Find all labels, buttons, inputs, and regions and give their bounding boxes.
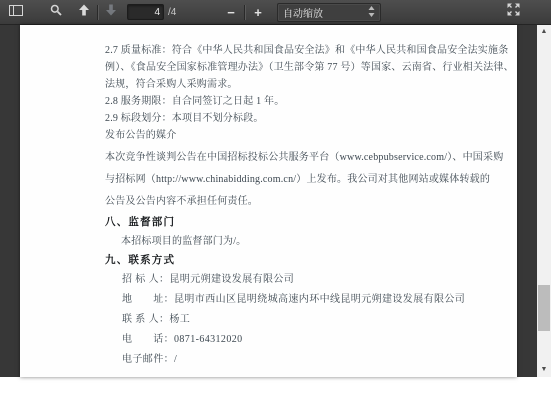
document-line: 2.9 标段划分：本项目不划分标段。 (105, 110, 503, 127)
next-page-icon (105, 3, 117, 21)
pdf-viewer: /4 − + 自动缩放 (0, 0, 551, 377)
pdf-viewer-screenshot: /4 − + 自动缩放 (0, 0, 554, 403)
sidebar-toggle-icon (9, 3, 23, 21)
document-line: 2.7 质量标准：符合《中华人民共和国食品安全法》和《中华人民共和国食品安全法实… (105, 42, 503, 59)
presentation-mode-icon (507, 3, 520, 21)
search-icon (50, 3, 62, 21)
page-count-label: /4 (168, 7, 176, 18)
next-page-button[interactable] (100, 2, 122, 22)
toolbar-separator (97, 5, 98, 20)
toolbar-separator (244, 5, 245, 20)
pdf-page: 2.7 质量标准：符合《中华人民共和国食品安全法》和《中华人民共和国食品安全法实… (20, 25, 517, 377)
document-line: 招 标 人：昆明元朔建设发展有限公司 (105, 270, 503, 290)
document-line: 九、联系方式 (105, 251, 503, 270)
document-line: 2.8 服务期限：自合同签订之日起 1 年。 (105, 93, 503, 110)
document-line: 法规，符合采购人采购需求。 (105, 76, 503, 93)
document-line: 地 址：昆明市西山区昆明绕城高速内环中线昆明元朔建设发展有限公司 (105, 290, 503, 310)
zoom-scale-value: 自动缩放 (283, 5, 323, 20)
search-button[interactable] (45, 2, 67, 22)
select-spinner-icon (368, 4, 375, 22)
document-line: 例）、《食品安全国家标准管理办法》（卫生部令第 77 号）等国家、云南省、行业相… (105, 59, 503, 76)
scrollbar-thumb[interactable] (538, 285, 550, 331)
scroll-up-arrow[interactable]: ▲ (537, 26, 551, 38)
zoom-out-icon: − (227, 6, 235, 19)
sidebar-toggle-button[interactable] (5, 2, 27, 22)
document-text: 2.7 质量标准：符合《中华人民共和国食品安全法》和《中华人民共和国食品安全法实… (105, 42, 503, 370)
zoom-in-button[interactable]: + (247, 3, 269, 23)
document-line: 电 话：0871-64312020 (105, 330, 503, 350)
zoom-in-icon: + (254, 6, 262, 19)
previous-page-button[interactable] (73, 2, 95, 22)
document-line: 八、监督部门 (105, 213, 503, 232)
scroll-down-arrow[interactable]: ▼ (537, 364, 551, 376)
page-number-input[interactable] (127, 4, 164, 20)
zoom-out-button[interactable]: − (220, 3, 242, 23)
document-line: 与招标网（http://www.chinabidding.com.cn/）上发布… (105, 169, 503, 191)
document-line: 电子邮件：/ (105, 350, 503, 370)
viewer-toolbar: /4 − + 自动缩放 (0, 0, 551, 25)
vertical-scrollbar[interactable]: ▲ ▼ (537, 25, 551, 377)
zoom-scale-select[interactable]: 自动缩放 (277, 3, 381, 22)
document-line: 发布公告的媒介 (105, 127, 503, 144)
document-line: 本招标项目的监督部门为/。 (105, 232, 503, 251)
zoom-controls: − + 自动缩放 (220, 0, 381, 25)
document-line: 公告及公告内容不承担任何责任。 (105, 191, 503, 213)
document-line: 联 系 人：杨工 (105, 310, 503, 330)
previous-page-icon (78, 3, 90, 21)
document-line: 本次竞争性谈判公告在中国招标投标公共服务平台（www.cebpubservice… (105, 147, 503, 169)
presentation-mode-button[interactable] (502, 2, 524, 22)
